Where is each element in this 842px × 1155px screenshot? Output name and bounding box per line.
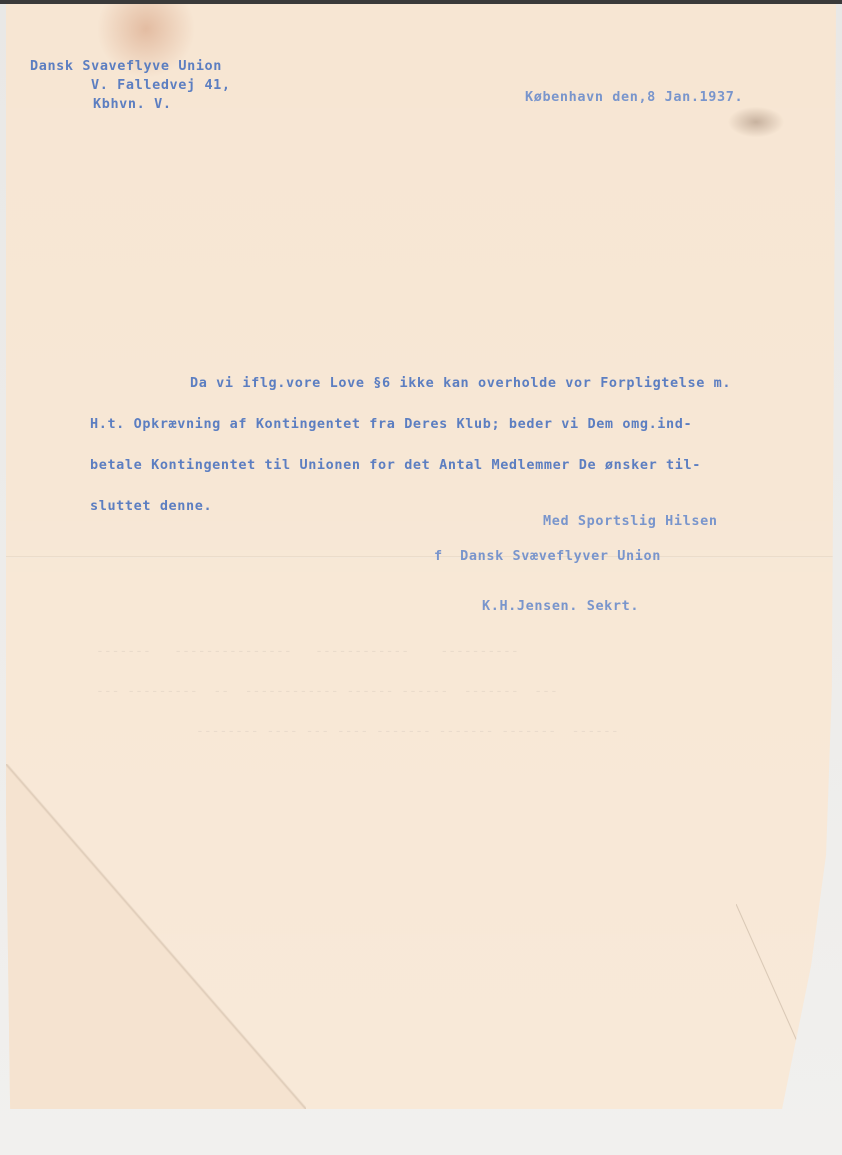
fold-crease — [6, 556, 836, 558]
sender-street: V. Falledvej 41, — [91, 79, 231, 93]
sender-city: Kbhvn. V. — [93, 98, 172, 112]
scanner-edge — [0, 0, 842, 4]
bleed-through-text: --- --------- -- ------------ ------ ---… — [96, 684, 558, 699]
sender-name: Dansk Svaveflyve Union — [30, 60, 222, 74]
closing-salutation: Med Sportslig Hilsen — [543, 515, 718, 529]
right-edge-crease — [736, 904, 816, 1084]
corner-crease — [6, 764, 306, 1109]
signature-name: K.H.Jensen. Sekrt. — [482, 600, 639, 614]
body-line-2: H.t. Opkrævning af Kontingentet fra Dere… — [90, 418, 692, 432]
body-line-3: betale Kontingentet til Unionen for det … — [90, 459, 701, 473]
signature-organization: f Dansk Svæveflyver Union — [434, 550, 661, 564]
place-date: København den,8 Jan.1937. — [525, 91, 743, 105]
bleed-through-text: -------- ---- --- ---- ------- ------- -… — [196, 724, 619, 739]
bleed-through-text: ------- --------------- ------------ ---… — [96, 644, 519, 659]
letter-sheet: Dansk Svaveflyve Union V. Falledvej 41, … — [6, 4, 836, 1109]
body-line-1: Da vi iflg.vore Love §6 ikke kan overhol… — [190, 377, 731, 391]
body-line-4: sluttet denne. — [90, 500, 212, 514]
scanned-page: Dansk Svaveflyve Union V. Falledvej 41, … — [0, 0, 842, 1155]
